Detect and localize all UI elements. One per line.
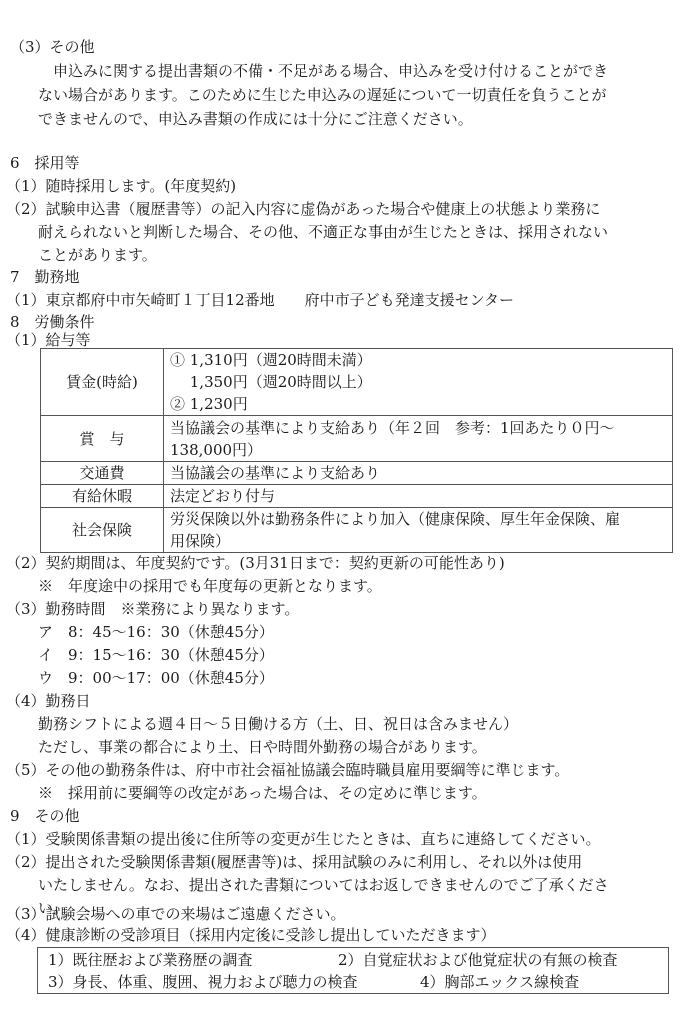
health-check-box: 1）既往歴および業務歴の調査 2）自覚症状および他覚症状の有無の検査 3）身長、… (37, 947, 669, 994)
section-8-item-5-note: ※ 採用前に要綱等の改定があった場合は、その定めに準じます。 (38, 782, 487, 804)
shift-u: ウ 9：00～17：00（休憩45分） (38, 667, 274, 689)
section-9-heading: 9 その他 (10, 805, 80, 827)
table-row: 賞 与 当協議会の基準により支給あり（年２回 参考：1回あたり０円～ 138,0… (41, 416, 673, 462)
section-5-3-text: ない場合があります。このために生じた申込みの遅延について一切責任を負うことが (38, 84, 607, 106)
pay-table: 賃金(時給) ① 1,310円（週20時間未満） 1,350円（週20時間以上）… (40, 348, 673, 553)
health-item-3: 3）身長、体重、腹囲、視力および聴力の検査 (48, 971, 358, 993)
section-9-item-2-cont: いたしません。なお、提出された書類についてはお返しできませんのでご了承くださ (38, 874, 609, 896)
health-item-4: 4）胸部エックス線検査 (420, 971, 579, 993)
section-5-3-heading: （3）その他 (10, 36, 95, 58)
table-row: 賃金(時給) ① 1,310円（週20時間未満） 1,350円（週20時間以上）… (41, 349, 673, 416)
section-8-item-2: （2）契約期間は、年度契約です。(3月31日まで：契約更新の可能性あり) (6, 552, 505, 574)
section-6-heading: 6 採用等 (10, 152, 80, 174)
section-9-item-3: （3）試験会場への車での来場はご遠慮ください。 (6, 903, 346, 925)
section-6-item-2: （2）試験申込書（履歴書等）の記入内容に虚偽があった場合や健康上の状態より業務に (6, 198, 600, 220)
row-label: 交通費 (41, 462, 164, 485)
section-8-item-5: （5）その他の勤務条件は、府中市社会福祉協議会臨時職員雇用要綱等に準じます。 (6, 759, 569, 781)
wage-line: 1,350円（週20時間以上） (170, 371, 666, 393)
section-8-item-4-text: ただし、事業の都合により土、日や時間外勤務の場合があります。 (38, 736, 487, 758)
shift-a: ア 8：45～16：30（休憩45分） (38, 621, 274, 643)
section-6-item-2-cont: ことがあります。 (38, 244, 157, 266)
section-5-3-text: できませんので、申込み書類の作成には十分にご注意ください。 (38, 108, 473, 130)
row-label: 有給休暇 (41, 485, 164, 508)
transport-line: 当協議会の基準により支給あり (170, 462, 666, 484)
table-row: 有給休暇 法定どおり付与 (41, 485, 673, 508)
section-9-item-4: （4）健康診断の受診項目（採用内定後に受診し提出していただきます） (6, 924, 496, 946)
insurance-line: 用保険） (170, 530, 666, 552)
section-9-item-2: （2）提出された受験関係書類(履歴書等)は、採用試験のみに利用し、それ以外は使用 (6, 851, 582, 873)
section-8-item-3: （3）勤務時間 ※業務により異なります。 (6, 598, 299, 620)
section-8-item-4: （4）勤務日 (6, 690, 91, 712)
table-row: 社会保険 労災保険以外は勤務条件により加入（健康保険、厚生年金保険、雇 用保険） (41, 508, 673, 553)
bonus-line: 138,000円） (170, 439, 666, 461)
section-8-item-2-note: ※ 年度途中の採用でも年度毎の更新となります。 (38, 575, 382, 597)
table-row: 交通費 当協議会の基準により支給あり (41, 462, 673, 485)
health-item-2: 2）自覚症状および他覚症状の有無の検査 (338, 949, 618, 971)
insurance-line: 労災保険以外は勤務条件により加入（健康保険、厚生年金保険、雇 (170, 508, 666, 530)
row-value: 当協議会の基準により支給あり (164, 462, 673, 485)
row-value: ① 1,310円（週20時間未満） 1,350円（週20時間以上） ② 1,23… (164, 349, 673, 416)
row-value: 労災保険以外は勤務条件により加入（健康保険、厚生年金保険、雇 用保険） (164, 508, 673, 553)
section-6-item-2-cont: 耐えられないと判断した場合、その他、不適正な事由が生じたときは、採用されない (38, 221, 608, 243)
row-label: 社会保険 (41, 508, 164, 553)
section-7-heading: 7 勤務地 (10, 266, 80, 288)
section-9-item-1: （1）受験関係書類の提出後に住所等の変更が生じたときは、直ちに連絡してください。 (6, 828, 601, 850)
section-5-3-text: 申込みに関する提出書類の不備・不足がある場合、申込みを受け付けることができ (38, 60, 608, 82)
health-item-1: 1）既往歴および業務歴の調査 (48, 949, 253, 971)
bonus-line: 当協議会の基準により支給あり（年２回 参考：1回あたり０円～ (170, 417, 666, 439)
shift-i: イ 9：15～16：30（休憩45分） (38, 644, 274, 666)
section-7-item-1: （1）東京都府中市矢崎町１丁目12番地 府中市子ども発達支援センター (6, 289, 514, 311)
wage-line: ② 1,230円 (170, 393, 666, 415)
section-6-item-1: （1）随時採用します。(年度契約) (6, 175, 236, 197)
row-label: 賃金(時給) (41, 349, 164, 416)
wage-line: ① 1,310円（週20時間未満） (170, 349, 666, 371)
row-value: 法定どおり付与 (164, 485, 673, 508)
leave-line: 法定どおり付与 (170, 485, 666, 507)
section-8-item-4-text: 勤務シフトによる週４日～５日働ける方（土、日、祝日は含みません） (38, 713, 518, 735)
row-value: 当協議会の基準により支給あり（年２回 参考：1回あたり０円～ 138,000円） (164, 416, 673, 462)
row-label: 賞 与 (41, 416, 164, 462)
